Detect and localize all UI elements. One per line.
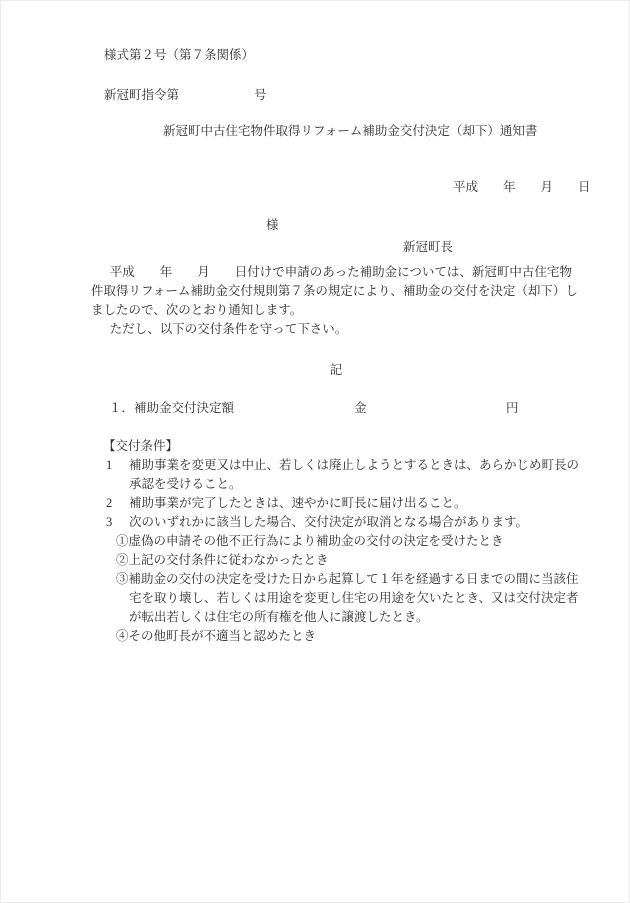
currency-unit: 円	[506, 399, 519, 418]
conditions-heading: 【交付条件】	[103, 437, 590, 456]
currency-prefix: 金	[354, 399, 367, 418]
condition-number: 3	[103, 513, 129, 532]
issue-date-line: 平成 年 月 日	[453, 178, 591, 197]
addressee-honorific: 様	[266, 216, 279, 235]
grant-amount-line: １．補助金交付決定額 金 円	[91, 399, 596, 418]
condition-item: 1 補助事業を変更又は中止、若しくは廃止しようとするときは、あらかじめ町長の承認…	[103, 456, 590, 494]
condition-number: 2	[103, 494, 129, 513]
condition-item: 2 補助事業が完了したときは、速やかに町長に届け出ること。	[103, 494, 590, 513]
condition-subitem: ④その他町長が不適当と認めたとき	[103, 627, 590, 646]
form-number: 様式第２号（第７条関係）	[104, 46, 254, 65]
condition-subitem: ③補助金の交付の決定を受けた日から起算して１年を経過する日までの間に当該住宅を取…	[103, 570, 590, 627]
grant-conditions-section: 【交付条件】 1 補助事業を変更又は中止、若しくは廃止しようとするときは、あらか…	[103, 437, 590, 646]
condition-number: 1	[103, 456, 129, 494]
record-heading: 記	[91, 361, 581, 380]
condition-text: 補助事業を変更又は中止、若しくは廃止しようとするときは、あらかじめ町長の承認を受…	[129, 456, 590, 494]
condition-subitem: ②上記の交付条件に従わなかったとき	[103, 551, 590, 570]
condition-subitem: ①虚偽の申請その他不正行為により補助金の交付の決定を受けたとき	[103, 532, 590, 551]
condition-text: 次のいずれかに該当した場合、交付決定が取消となる場合があります。	[129, 513, 590, 532]
directive-number-line: 新冠町指令第 号	[104, 86, 267, 105]
grant-amount-blank	[371, 399, 501, 416]
grant-amount-label: １．補助金交付決定額	[109, 399, 234, 418]
condition-item: 3 次のいずれかに該当した場合、交付決定が取消となる場合があります。	[103, 513, 590, 532]
document-page: 様式第２号（第７条関係） 新冠町指令第 号 新冠町中古住宅物件取得リフォーム補助…	[0, 0, 630, 903]
body-paragraph-1: 平成 年 月 日付けで申請のあった補助金については、新冠町中古住宅物件取得リフォ…	[91, 263, 581, 320]
body-text: 平成 年 月 日付けで申請のあった補助金については、新冠町中古住宅物件取得リフォ…	[91, 263, 581, 339]
document-title: 新冠町中古住宅物件取得リフォーム補助金交付決定（却下）通知書	[163, 122, 537, 141]
body-paragraph-2: ただし、以下の交付条件を守って下さい。	[91, 320, 581, 339]
sender-title: 新冠町長	[403, 238, 453, 257]
condition-text: 補助事業が完了したときは、速やかに町長に届け出ること。	[129, 494, 590, 513]
grant-amount-blank	[241, 399, 351, 416]
